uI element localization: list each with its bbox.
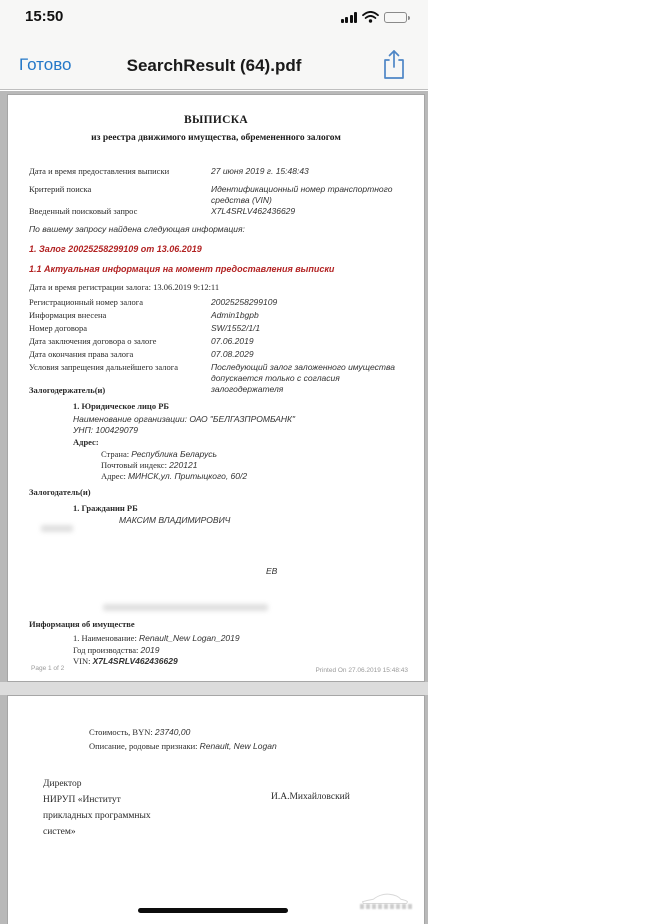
property-year-line: Год производства: 2019 <box>29 645 412 656</box>
row-search-query: Введенный поисковый запрос X7L4SRLV46243… <box>29 206 412 217</box>
citizen-heading: 1. Гражданин РБ <box>29 503 412 514</box>
status-icons <box>341 9 411 23</box>
row-info-entered: Информация внесена Admin1bgpb <box>29 310 412 321</box>
page-number: Page 1 of 2 <box>31 665 64 672</box>
pledge-heading: 1. Залог 20025258299109 от 13.06.2019 <box>29 244 412 255</box>
description-line: Описание, родовые признаки: Renault, New… <box>29 741 412 752</box>
eb-mark: ЕВ <box>29 566 412 577</box>
organization-line: Наименование организации: ОАО "БЕЛГАЗПРО… <box>29 414 412 425</box>
redacted-text <box>41 525 73 532</box>
pdf-page-2: Стоимость, BYN: 23740,00 Описание, родов… <box>7 695 425 924</box>
redacted-text <box>103 604 268 611</box>
signature-name: И.А.Михайловский <box>271 792 412 803</box>
printed-on: Printed On 27.06.2019 15:48:43 <box>315 667 408 674</box>
wifi-icon <box>362 11 379 23</box>
director-signature-block: Директор НИРУП «Институт прикладных прог… <box>43 776 412 840</box>
cost-line: Стоимость, BYN: 23740,00 <box>29 727 412 738</box>
pdf-viewer[interactable]: ВЫПИСКА из реестра движимого имущества, … <box>0 91 428 924</box>
status-time: 15:50 <box>25 8 63 25</box>
share-icon[interactable] <box>380 48 408 82</box>
page-gap <box>0 682 428 695</box>
row-extract-datetime: Дата и время предоставления выписки 27 и… <box>29 166 412 177</box>
property-vin-line: VIN: X7L4SRLV462436629 <box>29 656 412 667</box>
pledger-heading: Залогодатель(и) <box>29 487 412 498</box>
address-country-line: Страна: Республика Беларусь <box>29 449 412 460</box>
found-info-line: По вашему запросу найдена следующая инфо… <box>29 224 412 235</box>
cellular-signal-icon <box>341 12 358 23</box>
actual-info-heading: 1.1 Актуальная информация на момент пред… <box>29 264 412 275</box>
row-reg-number: Регистрационный номер залога 20025258299… <box>29 297 412 308</box>
address-postcode-line: Почтовый индекс: 220121 <box>29 460 412 471</box>
address-street-line: Адрес: МИНСК,ул. Притыцкого, 60/2 <box>29 471 412 482</box>
row-end-date: Дата окончания права залога 07.08.2029 <box>29 349 412 360</box>
row-contract-number: Номер договора SW/1552/1/1 <box>29 323 412 334</box>
row-contract-date: Дата заключения договора о залоге 07.06.… <box>29 336 412 347</box>
top-bars: 15:50 Готово SearchResult (64).pdf <box>0 0 428 90</box>
row-search-criterion: Критерий поиска Идентификационный номер … <box>29 184 412 206</box>
home-indicator[interactable] <box>138 908 288 913</box>
phone-screen: 15:50 Готово SearchResult (64).pdf <box>0 0 428 924</box>
pledgee-heading: Залогодержатель(и) <box>29 385 412 396</box>
document-header: ВЫПИСКА из реестра движимого имущества, … <box>8 114 424 143</box>
pdf-page-1: ВЫПИСКА из реестра движимого имущества, … <box>7 94 425 682</box>
battery-icon <box>384 12 410 23</box>
registration-datetime-line: Дата и время регистрации залога: 13.06.2… <box>29 282 412 293</box>
doc-subtitle: из реестра движимого имущества, обремене… <box>8 133 424 143</box>
property-info-heading: Информация об имуществе <box>29 619 412 630</box>
doc-title: ВЫПИСКА <box>8 114 424 126</box>
car-logo-watermark-icon <box>360 890 412 909</box>
address-heading: Адрес: <box>29 437 412 448</box>
property-name-line: 1. Наименование: Renault_New Logan_2019 <box>29 633 412 644</box>
legal-entity-heading: 1. Юридическое лицо РБ <box>29 401 412 412</box>
document-title: SearchResult (64).pdf <box>0 56 428 76</box>
person-name: МАКСИМ ВЛАДИМИРОВИЧ <box>29 515 412 526</box>
unp-line: УНП: 100429079 <box>29 425 412 436</box>
